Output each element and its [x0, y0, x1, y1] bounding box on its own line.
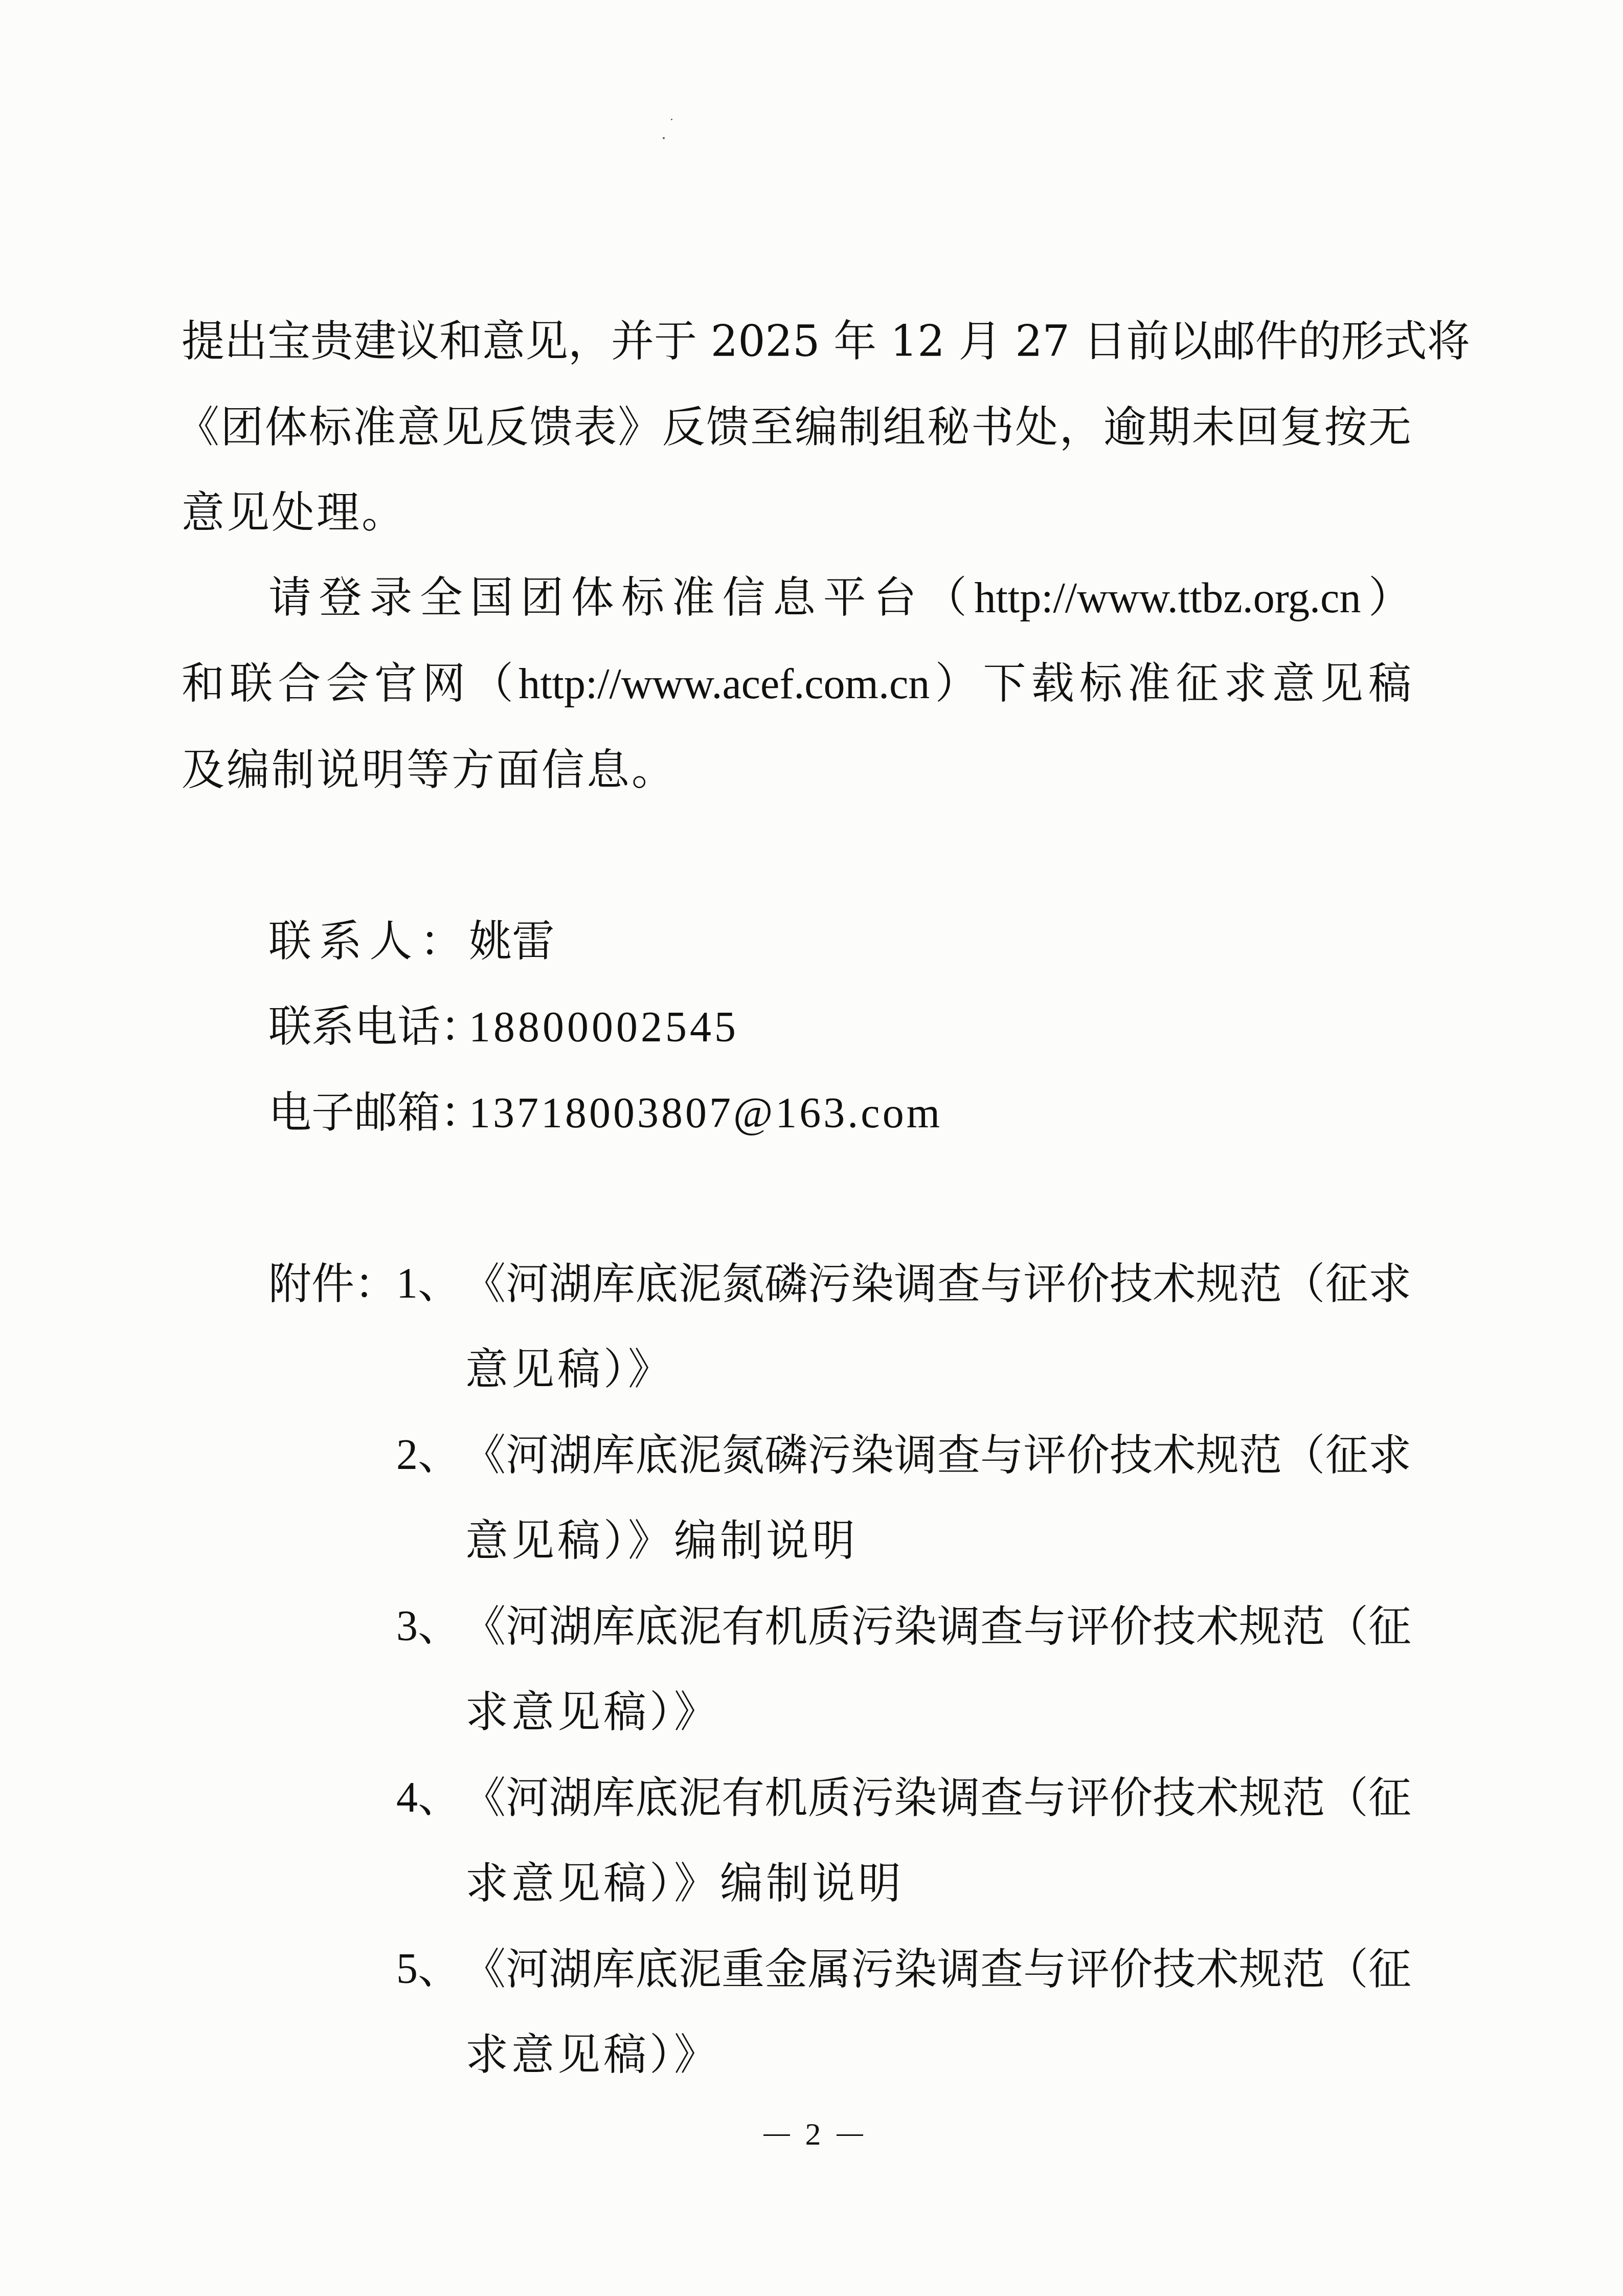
attachment-3-number: 3、 [396, 1598, 461, 1655]
feedback-paragraph-line-3: 意见处理。 [182, 484, 407, 541]
contact-person-row: 联系人：姚雷 [268, 913, 555, 969]
scan-speck [671, 119, 672, 120]
attachment-3-title-line-2[interactable]: 求意见稿）》 [465, 1684, 720, 1740]
contact-email-value: 13718003807@163.com [469, 1085, 942, 1142]
contact-phone-label: 联系电话： [268, 998, 463, 1055]
page-number-dash-left [763, 2134, 790, 2136]
page-number-value: 2 [805, 2117, 821, 2152]
contact-phone-row: 联系电话：18800002545 [268, 998, 739, 1055]
contact-person-label: 联系人： [268, 913, 463, 969]
attachment-3-title-line-1[interactable]: 《河湖库底泥有机质污染调查与评价技术规范（征 [463, 1598, 1411, 1655]
contact-email-label: 电子邮箱： [268, 1084, 463, 1141]
contact-phone-value: 18800002545 [469, 999, 739, 1056]
attachment-1-title-line-1[interactable]: 《河湖库底泥氮磷污染调查与评价技术规范（征求 [463, 1256, 1411, 1312]
attachment-2-title-line-1[interactable]: 《河湖库底泥氮磷污染调查与评价技术规范（征求 [463, 1427, 1411, 1483]
contact-person-value: 姚雷 [469, 913, 555, 969]
attachment-2-title-line-2[interactable]: 意见稿）》编制说明 [465, 1512, 858, 1569]
attachments-label: 附件： [268, 1256, 397, 1312]
attachment-5-title-line-2[interactable]: 求意见稿）》 [465, 2026, 720, 2083]
attachment-4-number: 4、 [396, 1770, 461, 1826]
download-paragraph-line-2: 和联合会官网（http://www.acef.com.cn）下载标准征求意见稿 [182, 656, 1411, 712]
feedback-paragraph-line-1: 提出宝贵建议和意见，并于 2025 年 12 月 27 日前以邮件的形式将 [182, 313, 1411, 369]
attachment-5-title-line-1[interactable]: 《河湖库底泥重金属污染调查与评价技术规范（征 [463, 1941, 1411, 1997]
feedback-paragraph-line-2: 《团体标准意见反馈表》反馈至编制组秘书处，逾期未回复按无 [176, 399, 1411, 455]
attachment-4-title-line-2[interactable]: 求意见稿）》编制说明 [465, 1855, 904, 1911]
page-number: 2 [711, 2111, 915, 2157]
attachment-4-title-line-1[interactable]: 《河湖库底泥有机质污染调查与评价技术规范（征 [463, 1770, 1411, 1826]
document-page: 提出宝贵建议和意见，并于 2025 年 12 月 27 日前以邮件的形式将 《团… [0, 0, 1623, 2296]
download-paragraph-line-3: 及编制说明等方面信息。 [182, 742, 677, 798]
attachment-1-number: 1、 [396, 1256, 461, 1312]
attachment-1-title-line-2[interactable]: 意见稿）》 [465, 1341, 674, 1397]
download-paragraph-line-1: 请登录全国团体标准信息平台（http://www.ttbz.org.cn） [268, 570, 1411, 627]
attachment-2-number: 2、 [396, 1427, 461, 1483]
contact-email-row: 电子邮箱：13718003807@163.com [268, 1084, 942, 1141]
attachment-5-number: 5、 [396, 1941, 461, 1997]
page-number-dash-right [837, 2134, 863, 2136]
scan-speck [663, 137, 665, 139]
